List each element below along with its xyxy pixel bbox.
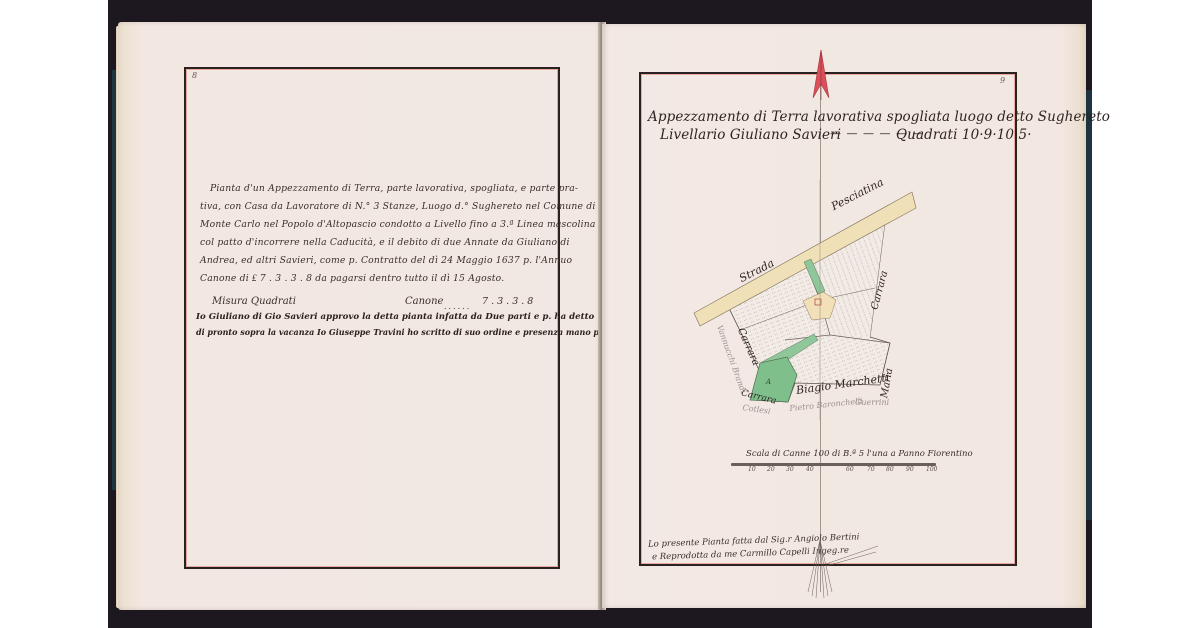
- scale-tick: 20: [767, 466, 775, 473]
- deed-text-line: Canone di ₤ 7 . 3 . 3 . 8 da pagarsi den…: [200, 273, 504, 284]
- scale-tick: 80: [886, 466, 894, 473]
- canone-label: Canone: [405, 296, 443, 307]
- pencil-note: Guerrini: [855, 398, 889, 407]
- scale-tick: 60: [846, 466, 854, 473]
- scale-tick: 10: [748, 466, 756, 473]
- deed-text-line: Monte Carlo nel Popolo d'Altopascio cond…: [200, 219, 596, 230]
- canone-value: 7 . 3 . 3 . 8: [482, 296, 533, 307]
- deed-text-line: Andrea, ed altri Savieri, come p. Contra…: [200, 255, 572, 266]
- scale-tick: 40: [806, 466, 814, 473]
- left-page-number: 8: [192, 71, 197, 80]
- pen-flourish-icon: [800, 540, 880, 600]
- scale-tick: 70: [867, 466, 875, 473]
- deed-text-line: tiva, con Casa da Lavoratore di N.° 3 St…: [200, 201, 596, 212]
- scale-tick: 30: [786, 466, 794, 473]
- scale-label: Scala di Canne 100 di B.ª 5 l'una a Pann…: [746, 449, 973, 459]
- scale-tick: 100: [926, 466, 937, 473]
- north-arrow-icon: [812, 50, 830, 100]
- measure-label: Misura Quadrati: [212, 296, 296, 307]
- map-title-line-1: Appezzamento di Terra lavorativa spoglia…: [648, 109, 1110, 125]
- map-title-area: Quadrati 10·9·10·5·: [896, 127, 1032, 143]
- canone-leader: ......: [444, 302, 471, 311]
- deed-text-line: col patto d'incorrere nella Caducità, e …: [200, 237, 570, 248]
- signature-line: Io Giuliano di Gio Savieri approvo la de…: [196, 312, 594, 322]
- signature-line: di pronto sopra la vacanza Io Giuseppe T…: [196, 327, 607, 337]
- scale-tick: 90: [906, 466, 914, 473]
- deed-text-line: Pianta d'un Appezzamento di Terra, parte…: [210, 183, 578, 194]
- map-title-lessee: Livellario Giuliano Savieri: [660, 127, 841, 143]
- right-page-number: 9: [1000, 76, 1005, 85]
- meadow-mark: A: [765, 378, 771, 386]
